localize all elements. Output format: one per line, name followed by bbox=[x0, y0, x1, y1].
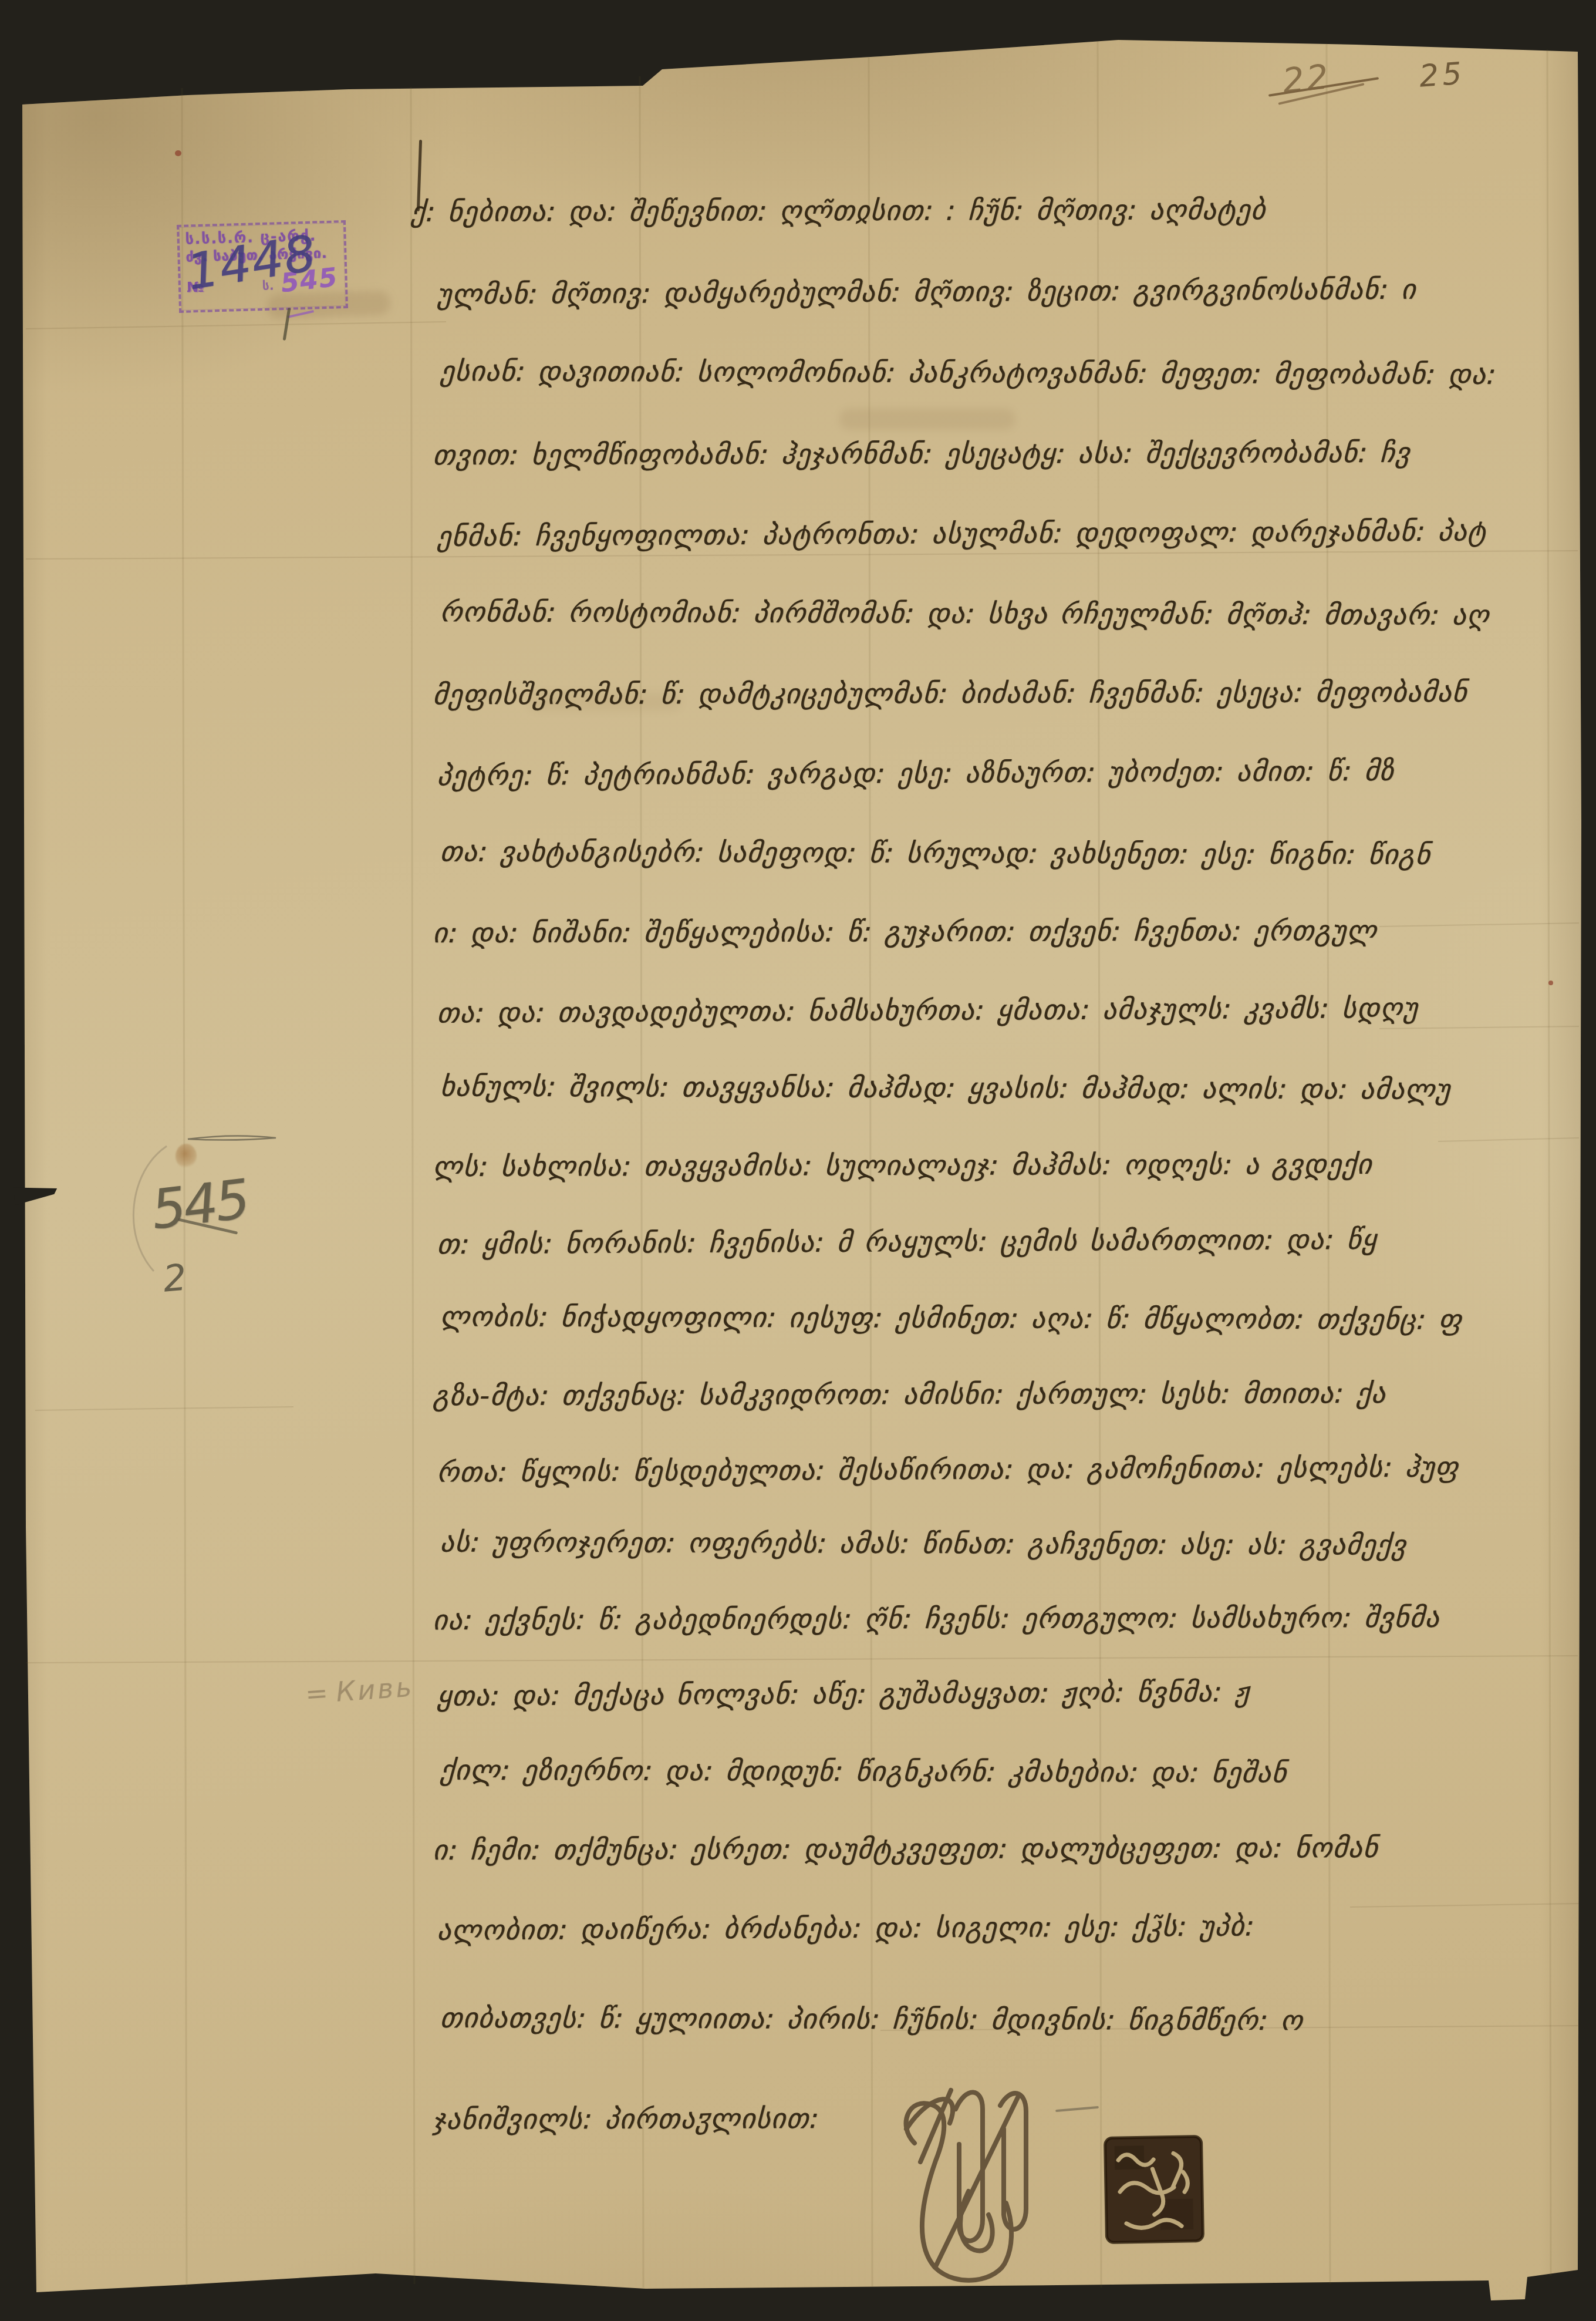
royal-monogram-flourish bbox=[879, 2073, 1055, 2293]
manuscript-line: ია: ექვნეს: წ: გაბედნიერდეს: ღ̃ნ: ჩვენს:… bbox=[433, 1602, 1441, 1636]
ink-seal-stamp bbox=[1102, 2134, 1205, 2245]
manuscript-line: მეფისშვილმან: წ: დამტკიცებულმან: ბიძამან… bbox=[433, 676, 1469, 712]
manuscript-scan: 22 25 ს.ს.ს.რ. ც-არქ. ძვ. საბუთ. არქივი.… bbox=[0, 0, 1596, 2321]
manuscript-line: პეტრე: წ: პეტრიანმან: ვარგად: ესე: აზნაუ… bbox=[437, 755, 1395, 793]
manuscript-line: რონმან: როსტომიან: პირმშომან: და: სხვა რ… bbox=[439, 596, 1490, 632]
manuscript-line: ესიან: დავითიან: სოლომონიან: პანკრატოვან… bbox=[439, 355, 1497, 391]
manuscript-line: ქ: ნებითა: და: შეწევნით: ღლ̃თჲსით: : ჩუ̃… bbox=[410, 194, 1267, 228]
manuscript-line: თიბათვეს: წ: ყულიითა: პირის: ჩუ̃ნის: მდი… bbox=[439, 2002, 1304, 2037]
manuscript-line: ენმან: ჩვენყოფილთა: პატრონთა: ასულმან: დ… bbox=[437, 515, 1487, 553]
manuscript-line: ჯანიშვილს: პირთაჳლისით: bbox=[433, 2103, 821, 2136]
manuscript-line: ხანულს: შვილს: თავყვანსა: მაჰმად: ყვასის… bbox=[439, 1070, 1452, 1106]
manuscript-line: ი: ჩემი: თქმუნცა: ესრეთ: დაუმტკვეფეთ: და… bbox=[433, 1832, 1379, 1867]
manuscript-line: რთა: წყლის: წესდებულთა: შესაწირითა: და: … bbox=[437, 1451, 1460, 1488]
manuscript-line: ულმან: მღ̃თივ: დამყარებულმან: მღ̃თივ: ზე… bbox=[437, 274, 1418, 311]
manuscript-line: თა: ვახტანგისებრ: სამეფოდ: წ: სრულად: ვა… bbox=[439, 836, 1432, 871]
manuscript-line: ლს: სახლისა: თავყვამისა: სულიალაეჯ: მაჰმ… bbox=[433, 1148, 1374, 1183]
manuscript-text-block: ქ: ნებითა: და: შეწევნით: ღლ̃თჲსით: : ჩუ̃… bbox=[0, 0, 1596, 2321]
manuscript-line: ალობით: დაიწერა: ბრძანება: და: სიგელი: ე… bbox=[437, 1910, 1256, 1946]
manuscript-line: ი: და: ნიშანი: შეწყალებისა: წ: გუჯარით: … bbox=[433, 915, 1378, 949]
manuscript-line: ას: უფროჯერეთ: ოფერებს: ამას: წინათ: გაჩ… bbox=[439, 1526, 1408, 1561]
manuscript-line: გზა-მტა: თქვენაც: სამკვიდროთ: ამისნი: ქა… bbox=[433, 1377, 1388, 1412]
manuscript-line: ლობის: ნიჭადყოფილი: იესუფ: ესმინეთ: აღა:… bbox=[439, 1301, 1463, 1336]
manuscript-line: ყთა: და: მექაცა ნოლვან: აწე: გუშამაყვათ:… bbox=[437, 1676, 1251, 1712]
manuscript-line: თა: და: თავდადებულთა: ნამსახურთა: ყმათა:… bbox=[437, 992, 1419, 1030]
manuscript-line: ქილ: ეზიერნო: და: მდიდუნ: წიგნკარნ: კმახ… bbox=[439, 1754, 1288, 1790]
manuscript-line: თვით: ხელმწიფობამან: ჰეჯარნმან: ესეცატყ:… bbox=[433, 437, 1412, 471]
manuscript-line: თ: ყმის: ნორანის: ჩვენისა: მ რაყულს: ცემ… bbox=[437, 1224, 1378, 1261]
